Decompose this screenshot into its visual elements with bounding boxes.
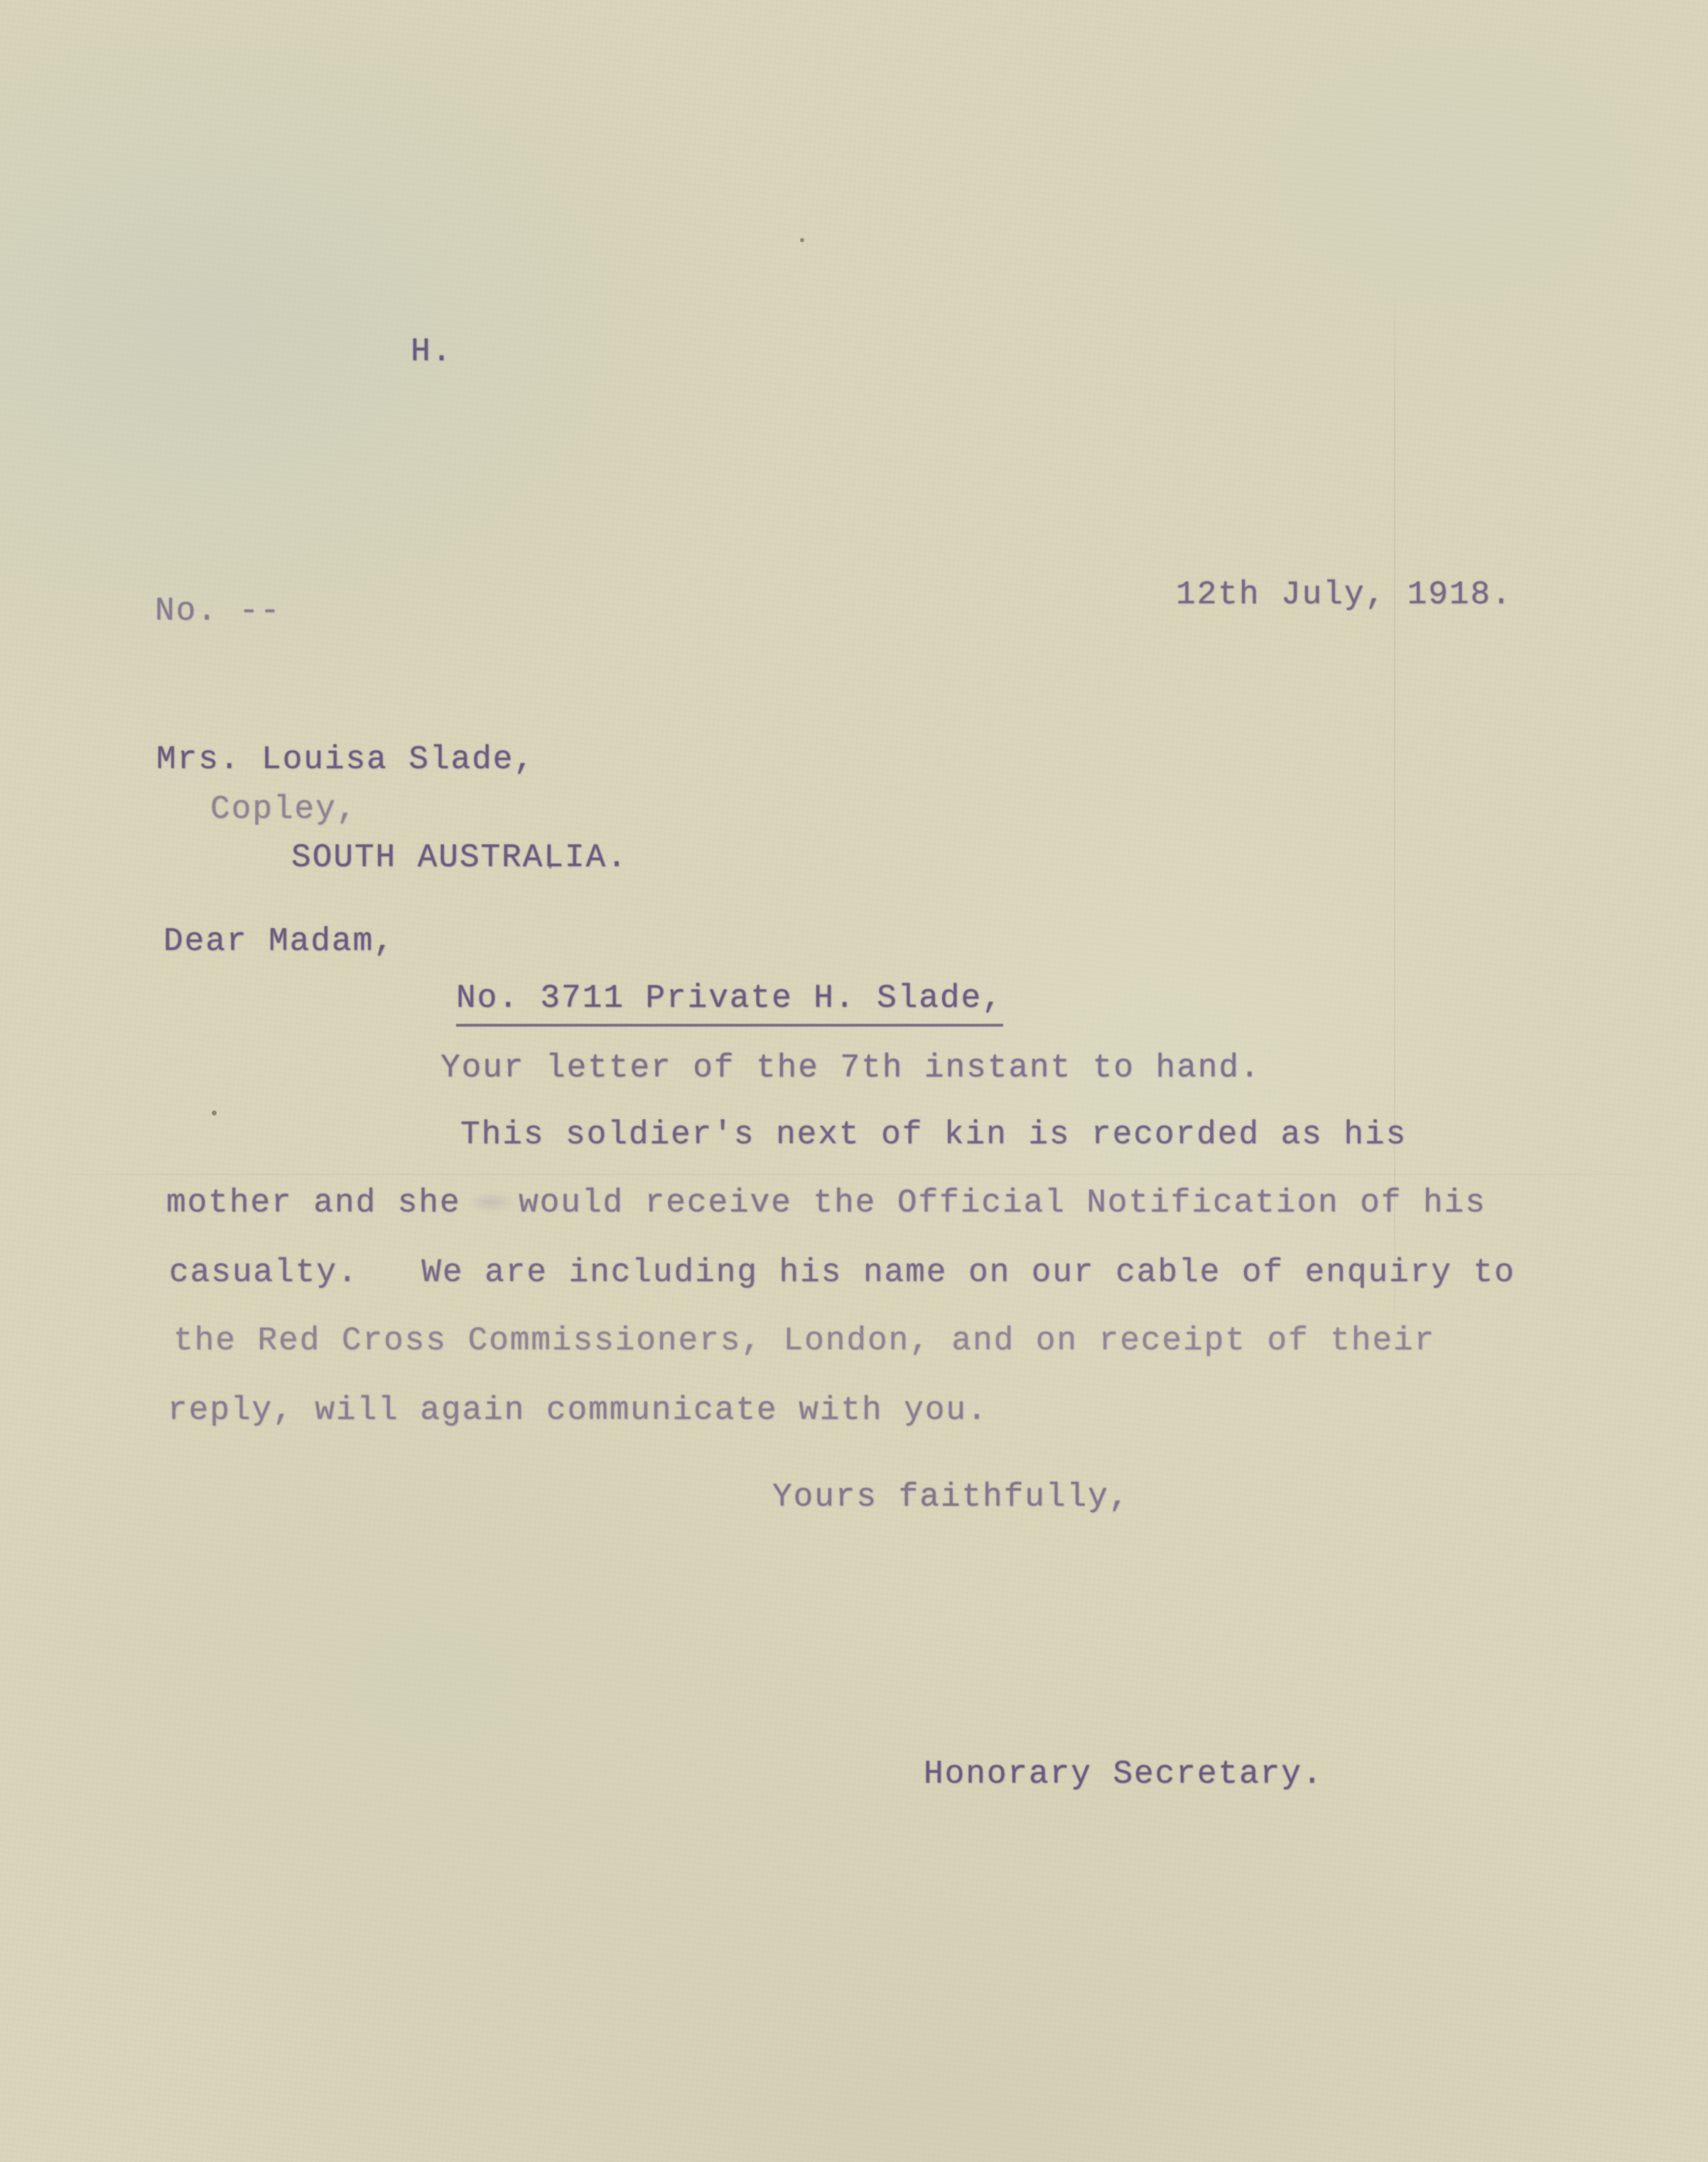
body-line: reply, will again communicate with you. bbox=[168, 1391, 988, 1430]
recipient-state: SOUTH AUSTRALIA. bbox=[291, 838, 628, 877]
reference-number: No. -- bbox=[155, 592, 281, 631]
letter-date: 12th July, 1918. bbox=[1176, 575, 1513, 615]
body-line: This soldier's next of kin is recorded a… bbox=[460, 1115, 1407, 1155]
horizontal-fold-crease bbox=[0, 1174, 1708, 1175]
paper-speck bbox=[800, 238, 804, 242]
body-line: mother and she bbox=[166, 1184, 460, 1223]
recipient-town: Copley, bbox=[210, 790, 357, 829]
body-line: Your letter of the 7th instant to hand. bbox=[440, 1049, 1261, 1088]
erased-text-smudge bbox=[463, 1188, 519, 1216]
signature-title: Honorary Secretary. bbox=[924, 1755, 1324, 1794]
subject-line: No. 3711 Private H. Slade, bbox=[456, 979, 1003, 1027]
paper-speck bbox=[212, 1110, 217, 1115]
letterhead-initial: H. bbox=[411, 333, 453, 372]
salutation: Dear Madam, bbox=[163, 922, 395, 961]
body-line: casualty. We are including his name on o… bbox=[169, 1253, 1515, 1292]
letter-page: H. No. -- 12th July, 1918. Mrs. Louisa S… bbox=[0, 0, 1708, 2162]
closing-valediction: Yours faithfully, bbox=[772, 1478, 1130, 1517]
body-line: the Red Cross Commissioners, London, and… bbox=[173, 1321, 1435, 1361]
recipient-name: Mrs. Louisa Slade, bbox=[156, 740, 535, 779]
body-line: would receive the Official Notification … bbox=[519, 1184, 1486, 1223]
